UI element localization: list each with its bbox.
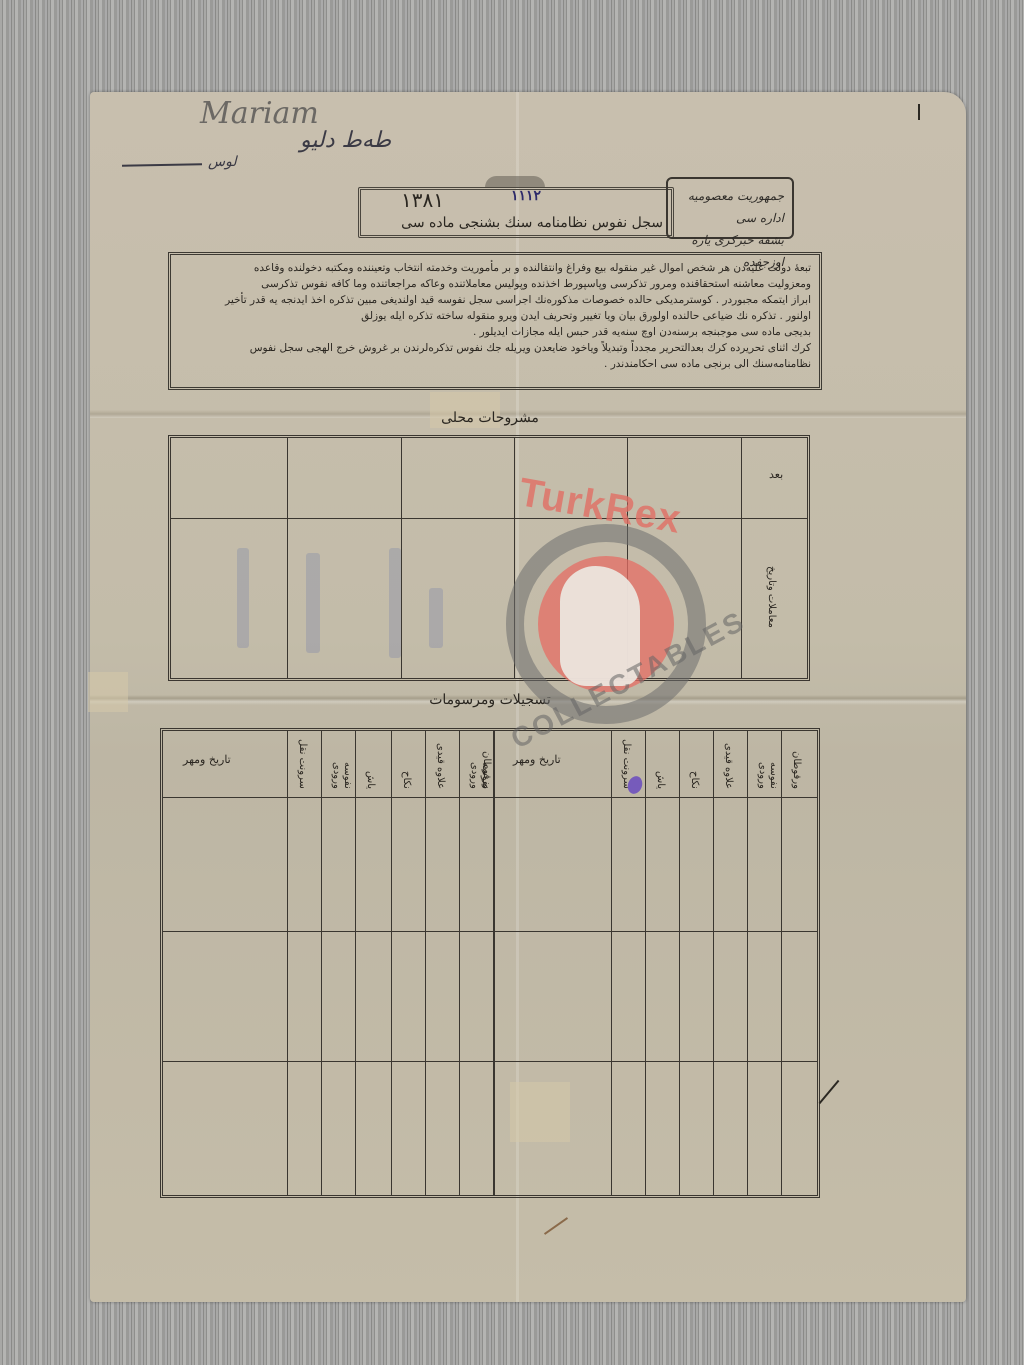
document-title: سجل نفوس نظامنامه سنك بشنجی ماده سی xyxy=(401,215,663,231)
col-header: علاوه‌ قیدی xyxy=(435,739,446,789)
faded-ink-entry xyxy=(429,588,443,648)
handwritten-ottoman-name: طه‌ط دلیو xyxy=(300,128,391,153)
section-1-title: مشروحات محلی xyxy=(390,410,590,426)
tape-repair xyxy=(88,672,128,712)
notice-line: كرك اثنای تحریرده كرك بعدالتحریر مجدداً … xyxy=(179,340,811,356)
office-stamp-box: جمهوریت معصومیه اداره سی بشقه حبرکری یار… xyxy=(666,177,794,239)
col-header: نفوسه ورودی xyxy=(331,739,353,789)
document-paper: Mariam طه‌ط دلیو لوس ١٣٨١ ١١١٢ سجل نفوس … xyxy=(90,92,966,1302)
col-header: نکاح xyxy=(689,739,700,789)
col-header: ورقوطان xyxy=(481,739,492,789)
right-date-seal-header: تاریخ ومهر xyxy=(513,753,561,766)
notice-line: ابراز ایتمكه مجبوردر . كوسترمدیكی حالده … xyxy=(179,292,811,308)
faded-ink-entry xyxy=(237,548,249,648)
legal-notice: تبعهٔ دولت علیه‌دن هر شخص اموال غیر منقو… xyxy=(168,252,822,390)
left-date-seal-header: تاریخ ومهر xyxy=(183,753,231,766)
notice-line: اولنور . تذكره نك ضیاعی حالنده اولورق بی… xyxy=(179,308,811,324)
handwritten-latin-name: Mariam xyxy=(200,96,319,131)
col-header: یاش xyxy=(655,739,666,789)
stamped-number: ١١١٢ xyxy=(511,188,541,204)
registrations-table: تاریخ ومهر سرونت نقل نفوسه ورودی یاش نکا… xyxy=(160,728,820,1198)
faded-ink-entry xyxy=(306,553,320,653)
faded-ink-entry xyxy=(389,548,401,658)
local-records-table: بعد معاملات وتاریخ xyxy=(168,435,810,681)
row-label-2: معاملات وتاریخ xyxy=(766,538,777,628)
col-header: نکاح xyxy=(401,739,412,789)
row-label-1: بعد xyxy=(769,468,783,481)
section-2-title: تسجیلات ومرسومات xyxy=(390,692,590,708)
notice-line: ومعزولیت معاشنه استحقاقنده ومرور تذکرسی … xyxy=(179,276,811,292)
col-header: سرونت نقل xyxy=(297,739,308,789)
notice-line: نظامنامه‌سنك الی برنجی ماده سی احكامندند… xyxy=(179,356,811,372)
col-header: ورقوطان xyxy=(791,739,802,789)
title-year: ١٣٨١ xyxy=(401,188,444,212)
col-header: یاش xyxy=(365,739,376,789)
ink-mark xyxy=(918,104,920,120)
stain-mark xyxy=(544,1217,568,1235)
title-frame: ١٣٨١ ١١١٢ سجل نفوس نظامنامه سنك بشنجی ما… xyxy=(358,187,674,238)
handwritten-stroke xyxy=(122,163,202,166)
handwritten-ottoman-note: لوس xyxy=(208,154,237,170)
col-header: نفوسه ورودی xyxy=(757,739,779,789)
stamp-line-1: جمهوریت معصومیه اداره سی xyxy=(676,185,784,229)
ink-stroke xyxy=(819,1080,840,1104)
notice-line: تبعهٔ دولت علیه‌دن هر شخص اموال غیر منقو… xyxy=(179,260,811,276)
col-header: علاوه‌ قیدی xyxy=(723,739,734,789)
notice-line: بدیجی ماده سی موجبنجه برسنه‌دن اوچ سنه‌ی… xyxy=(179,324,811,340)
